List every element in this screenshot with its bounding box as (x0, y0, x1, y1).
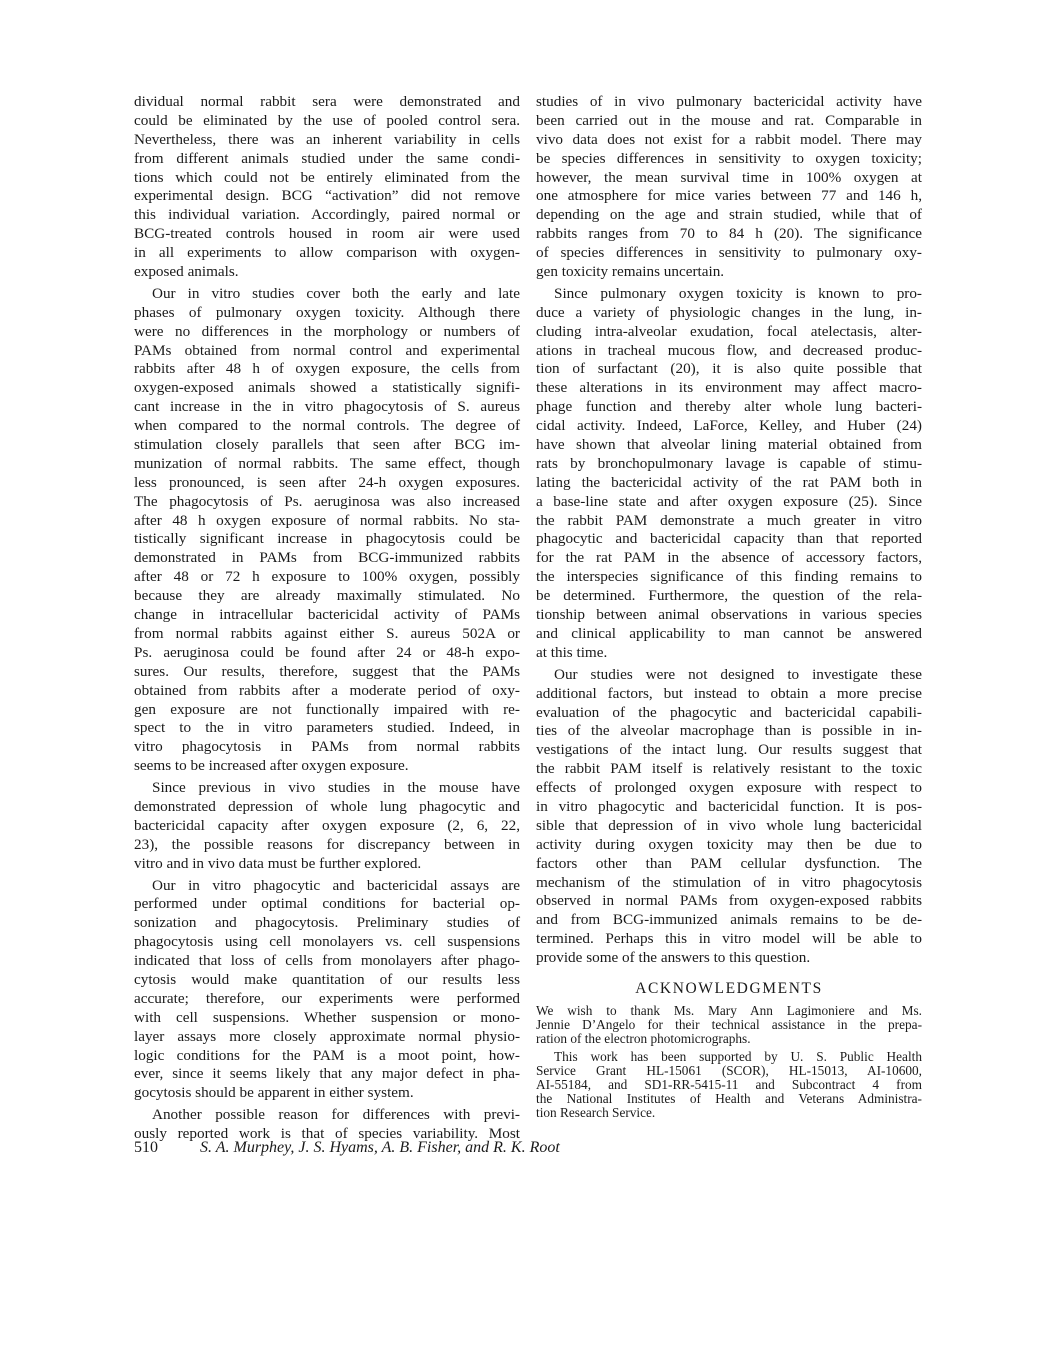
text-line: lating the bactericidal activity of the … (536, 474, 922, 493)
acknowledgments-funding: This work has been supported by U. S. Pu… (536, 1050, 922, 1121)
text-line: duce a variety of physiologic changes in… (536, 304, 922, 323)
text-line: cluding intra-alveolar exudation, focal … (536, 323, 922, 342)
author-line: S. A. Murphey, J. S. Hyams, A. B. Fisher… (200, 1139, 560, 1157)
text-line: be determined. Furthermore, the question… (536, 587, 922, 606)
text-line: demonstrated depression of whole lung ph… (134, 798, 520, 817)
text-line: have shown that alveolar lining material… (536, 436, 922, 455)
text-line: the rabbit PAM itself is relatively resi… (536, 760, 922, 779)
text-line: with cell suspensions. Whether suspensio… (134, 1009, 520, 1028)
text-line: rabbits ranges from 70 to 84 h (20). The… (536, 225, 922, 244)
text-line: from different animals studied under the… (134, 150, 520, 169)
text-line: PAMs obtained from normal control and ex… (134, 342, 520, 361)
text-line: demonstrated in PAMs from BCG-immunized … (134, 549, 520, 568)
text-line: termined. Perhaps this in vitro model wi… (536, 930, 922, 949)
text-line: sonization and phagocytosis. Preliminary… (134, 914, 520, 933)
text-line: gen exposure are not functionally impair… (134, 701, 520, 720)
text-line: gen toxicity remains uncertain. (536, 263, 922, 282)
text-line: cytosis would make quantitation of our r… (134, 971, 520, 990)
text-line: phases of pulmonary oxygen toxicity. Alt… (134, 304, 520, 323)
text-line: change in intracellular bactericidal act… (134, 606, 520, 625)
text-line: ration of the electron photomicrographs. (536, 1032, 922, 1046)
text-line: indicated that loss of cells from monola… (134, 952, 520, 971)
text-line: Nevertheless, there was an inherent vari… (134, 131, 520, 150)
text-line: spect to the in vitro parameters studied… (134, 719, 520, 738)
text-line: however, the mean survival time in 100% … (536, 169, 922, 188)
text-line: from normal rabbits against either S. au… (134, 625, 520, 644)
text-line: vivo data does not exist for a rabbit mo… (536, 131, 922, 150)
text-line: provide some of the answers to this ques… (536, 949, 922, 968)
text-line: Since previous in vivo studies in the mo… (134, 779, 520, 798)
journal-page: dividual normal rabbit sera were demonst… (0, 0, 1046, 1346)
text-line: tion Research Service. (536, 1106, 922, 1120)
text-line: studies of in vivo pulmonary bactericida… (536, 93, 922, 112)
text-line: Ps. aeruginosa could be found after 24 o… (134, 644, 520, 663)
text-line: We wish to thank Ms. Mary Ann Lagimonier… (536, 1004, 922, 1018)
text-line: at this time. (536, 644, 922, 663)
text-line: Service Grant HL-15061 (SCOR), HL-15013,… (536, 1064, 922, 1078)
text-line: dividual normal rabbit sera were demonst… (134, 93, 520, 112)
text-line: ties of the alveolar macrophage than is … (536, 722, 922, 741)
text-line: the rabbit PAM demonstrate a much greate… (536, 512, 922, 531)
text-line: mechanism of the stimulation of in vitro… (536, 874, 922, 893)
text-line: were no differences in the morphology or… (134, 323, 520, 342)
text-line: exposed animals. (134, 263, 520, 282)
text-line: Jennie D’Angelo for their technical assi… (536, 1018, 922, 1032)
acknowledgments-heading: ACKNOWLEDGMENTS (536, 980, 922, 998)
text-line: ations in tracheal mucous flow, and decr… (536, 342, 922, 361)
page-number: 510 (134, 1139, 158, 1157)
text-line: Another possible reason for differences … (134, 1106, 520, 1125)
text-line: observed in normal PAMs from oxygen-expo… (536, 892, 922, 911)
text-line: rats by bronchopulmonary lavage is capab… (536, 455, 922, 474)
text-line: munization of normal rabbits. The same e… (134, 455, 520, 474)
text-line: these alterations in its environment may… (536, 379, 922, 398)
text-line: be species differences in sensitivity to… (536, 150, 922, 169)
text-line: could be eliminated by the use of pooled… (134, 112, 520, 131)
text-line: oxygen-exposed animals showed a statisti… (134, 379, 520, 398)
right-column: studies of in vivo pulmonary bactericida… (536, 93, 922, 971)
text-line: been carried out in the mouse and rat. C… (536, 112, 922, 131)
text-line: for the rat PAM in the absence of access… (536, 549, 922, 568)
text-line: evaluation of the phagocytic and bacteri… (536, 704, 922, 723)
text-line: BCG-treated controls housed in room air … (134, 225, 520, 244)
text-line: stimulation closely parallels that seen … (134, 436, 520, 455)
text-line: seems to be increased after oxygen expos… (134, 757, 520, 776)
text-line: effects of prolonged oxygen exposure wit… (536, 779, 922, 798)
text-line: The phagocytosis of Ps. aeruginosa was a… (134, 493, 520, 512)
acknowledgments-body: We wish to thank Ms. Mary Ann Lagimonier… (536, 1004, 922, 1121)
text-line: vitro phagocytosis in PAMs from normal r… (134, 738, 520, 757)
paragraph-species-studies: studies of in vivo pulmonary bactericida… (536, 93, 922, 282)
paragraph-study-design: Our studies were not designed to investi… (536, 666, 922, 968)
text-line: vestigations of the intact lung. Our res… (536, 741, 922, 760)
text-line: phagocytosis using cell monolayers vs. c… (134, 933, 520, 952)
text-line: cant increase in the in vitro phagocytos… (134, 398, 520, 417)
text-line: cidal activity. Indeed, LaForce, Kelley,… (536, 417, 922, 436)
text-line: after 48 or 72 h exposure to 100% oxygen… (134, 568, 520, 587)
text-line: ever, since it seems likely that any maj… (134, 1065, 520, 1084)
text-line: Since pulmonary oxygen toxicity is known… (536, 285, 922, 304)
paragraph-physiologic-changes: Since pulmonary oxygen toxicity is known… (536, 285, 922, 663)
text-line: Our studies were not designed to investi… (536, 666, 922, 685)
text-line: this individual variation. Accordingly, … (134, 206, 520, 225)
text-line: because they are already maximally stimu… (134, 587, 520, 606)
text-line: less pronounced, is seen after 24-h oxyg… (134, 474, 520, 493)
text-line: experimental design. BCG “activation” di… (134, 187, 520, 206)
text-line: in vitro phagocytic and bactericidal fun… (536, 798, 922, 817)
text-line: and clinical applicability to man cannot… (536, 625, 922, 644)
text-line: AI-55184, and SD1-RR-5415-11 and Subcont… (536, 1078, 922, 1092)
text-line: sible that depression of in vivo whole l… (536, 817, 922, 836)
text-line: tions which could not be entirely elimin… (134, 169, 520, 188)
text-line: performed under optimal conditions for b… (134, 895, 520, 914)
text-line: rabbits after 48 h of oxygen exposure, t… (134, 360, 520, 379)
text-line: factors other than PAM cellular dysfunct… (536, 855, 922, 874)
text-line: the National Institutes of Health and Ve… (536, 1092, 922, 1106)
text-line: layer assays more closely approximate no… (134, 1028, 520, 1047)
text-line: tistically significant increase in phago… (134, 530, 520, 549)
text-line: after 48 h oxygen exposure of normal rab… (134, 512, 520, 531)
text-line: accurate; therefore, our experiments wer… (134, 990, 520, 1009)
text-line: in all experiments to allow comparison w… (134, 244, 520, 263)
text-line: and from BCG-immunized animals remains t… (536, 911, 922, 930)
text-line: This work has been supported by U. S. Pu… (536, 1050, 922, 1064)
text-line: bactericidal capacity after oxygen expos… (134, 817, 520, 836)
text-line: gocytosis should be apparent in either s… (134, 1084, 520, 1103)
text-line: tion of surfactant (20), it is also quit… (536, 360, 922, 379)
text-line: of species differences in sensitivity to… (536, 244, 922, 263)
text-line: obtained from rabbits after a moderate p… (134, 682, 520, 701)
text-line: Our in vitro studies cover both the earl… (134, 285, 520, 304)
text-line: the interspecies significance of this fi… (536, 568, 922, 587)
paragraph-assay-conditions: Our in vitro phagocytic and bactericidal… (134, 877, 520, 1104)
text-line: activity during oxygen toxicity may then… (536, 836, 922, 855)
text-line: sures. Our results, therefore, suggest t… (134, 663, 520, 682)
left-column: dividual normal rabbit sera were demonst… (134, 93, 520, 1147)
text-line: one atmosphere for mice varies between 7… (536, 187, 922, 206)
text-line: logic conditions for the PAM is a moot p… (134, 1047, 520, 1066)
text-line: additional factors, but instead to obtai… (536, 685, 922, 704)
text-line: Our in vitro phagocytic and bactericidal… (134, 877, 520, 896)
paragraph-serum-variability: dividual normal rabbit sera were demonst… (134, 93, 520, 282)
paragraph-in-vivo-discrepancy: Since previous in vivo studies in the mo… (134, 779, 520, 873)
text-line: tionship between animal observations in … (536, 606, 922, 625)
text-line: phagocytic and bactericidal capacity tha… (536, 530, 922, 549)
text-line: vitro and in vivo data must be further e… (134, 855, 520, 874)
text-line: when compared to the normal controls. Th… (134, 417, 520, 436)
paragraph-in-vitro-studies: Our in vitro studies cover both the earl… (134, 285, 520, 776)
acknowledgments-thanks: We wish to thank Ms. Mary Ann Lagimonier… (536, 1004, 922, 1047)
text-line: 23), the possible reasons for discrepanc… (134, 836, 520, 855)
text-line: depending on the age and strain studied,… (536, 206, 922, 225)
text-line: phage function and thereby alter whole l… (536, 398, 922, 417)
text-line: a base-line state and after oxygen expos… (536, 493, 922, 512)
